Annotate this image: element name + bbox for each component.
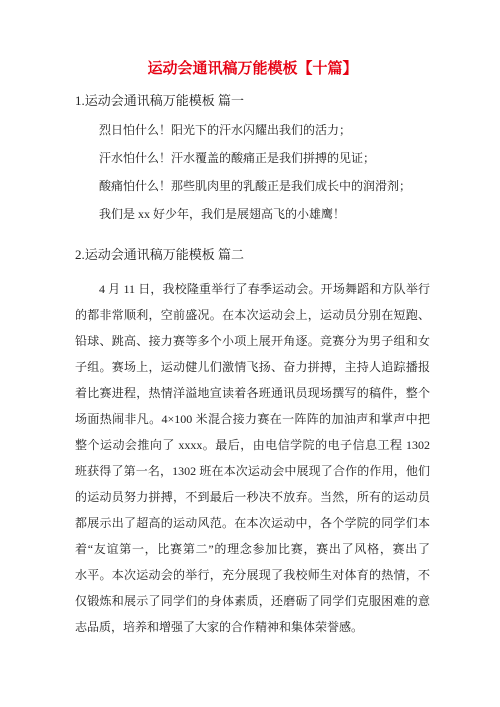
section-1: 1.运动会通讯稿万能模板 篇一 烈日怕什么！阳光下的汗水闪耀出我们的活力； 汗水… [75, 90, 430, 228]
paragraph-line: 着“友谊第一，比赛第二”的理念参加比赛，赛出了风格，赛出了 [75, 536, 430, 562]
section-1-body: 烈日怕什么！阳光下的汗水闪耀出我们的活力； 汗水怕什么！汗水覆盖的酸痛正是我们拼… [75, 116, 430, 228]
paragraph-line: 的都非常顺利，空前盛况。在本次运动会上，运动员分别在短跑、 [75, 302, 430, 328]
section-2-heading: 2.运动会通讯稿万能模板 篇二 [75, 244, 430, 266]
document-page: 运动会通讯稿万能模板【十篇】 1.运动会通讯稿万能模板 篇一 烈日怕什么！阳光下… [0, 0, 500, 707]
paragraph-line: 铅球、跳高、接力赛等多个小项上展开角逐。竞赛分为男子组和女 [75, 328, 430, 354]
paragraph-line: 水平。本次运动会的举行，充分展现了我校师生对体育的热情，不 [75, 562, 430, 588]
paragraph-line: 志品质，培养和增强了大家的合作精神和集体荣誉感。 [75, 614, 430, 640]
poem-line: 汗水怕什么！汗水覆盖的酸痛正是我们拼搏的见证； [75, 144, 430, 172]
poem-line: 烈日怕什么！阳光下的汗水闪耀出我们的活力； [75, 116, 430, 144]
poem-line: 我们是 xx 好少年，我们是展翅高飞的小雄鹰！ [75, 200, 430, 228]
paragraph-line: 整个运动会推向了 xxxx。最后，由电信学院的电子信息工程 1302 [75, 432, 430, 458]
paragraph-line: 班获得了第一名，1302 班在本次运动会中展现了合作的作用，他们 [75, 458, 430, 484]
section-2-body: 4 月 11 日，我校隆重举行了春季运动会。开场舞蹈和方队举行 的都非常顺利，空… [75, 276, 430, 640]
paragraph-line: 的运动员努力拼搏，不到最后一秒决不放弃。当然，所有的运动员 [75, 484, 430, 510]
section-1-heading: 1.运动会通讯稿万能模板 篇一 [75, 90, 430, 112]
paragraph-line: 场面热闹非凡。4×100 米混合接力赛在一阵阵的加油声和掌声中把 [75, 406, 430, 432]
paragraph-line: 着比赛进程，热情洋溢地宣读着各班通讯员现场撰写的稿件，整个 [75, 380, 430, 406]
paragraph-line: 仅锻炼和展示了同学们的身体素质，还磨砺了同学们克服困难的意 [75, 588, 430, 614]
paragraph-line: 都展示出了超高的运动风范。在本次运动中，各个学院的同学们本 [75, 510, 430, 536]
paragraph-line: 子组。赛场上，运动健儿们激情飞扬、奋力拼搏，主持人追踪播报 [75, 354, 430, 380]
document-title: 运动会通讯稿万能模板【十篇】 [75, 56, 430, 82]
poem-line: 酸痛怕什么！那些肌肉里的乳酸正是我们成长中的润滑剂； [75, 172, 430, 200]
paragraph-line: 4 月 11 日，我校隆重举行了春季运动会。开场舞蹈和方队举行 [75, 276, 430, 302]
section-2: 2.运动会通讯稿万能模板 篇二 4 月 11 日，我校隆重举行了春季运动会。开场… [75, 244, 430, 640]
